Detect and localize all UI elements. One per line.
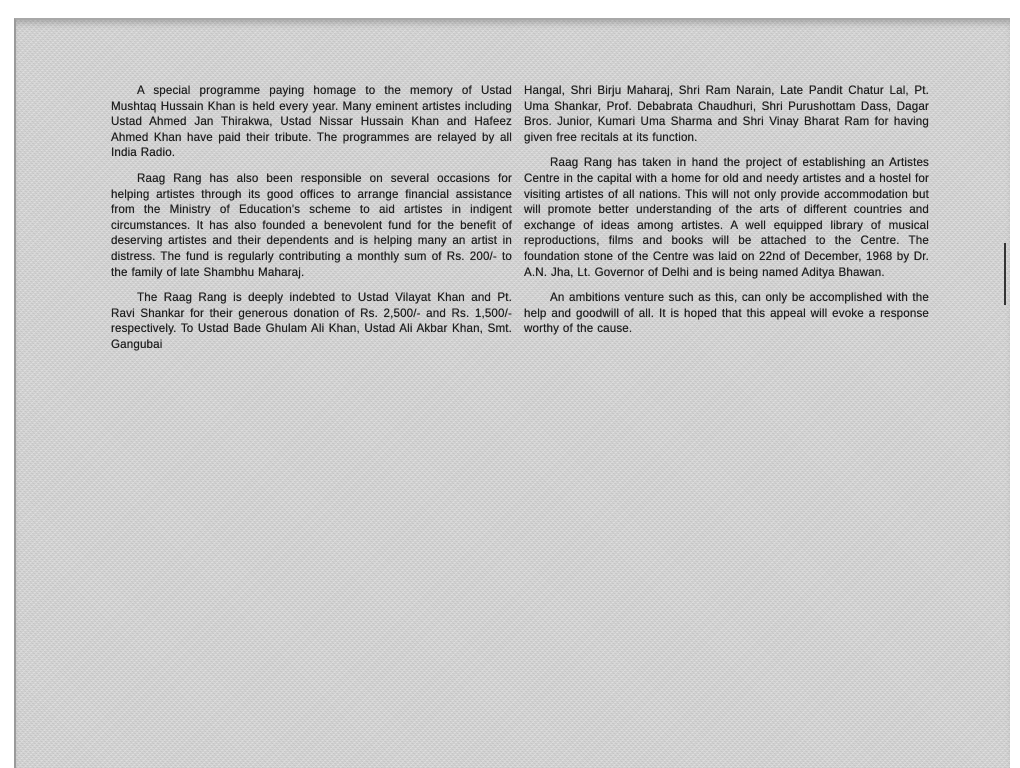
paragraph-homage-programme: A special programme paying homage to the… bbox=[111, 83, 512, 161]
paragraph-artistes-centre: Raag Rang has taken in hand the project … bbox=[524, 155, 929, 280]
paragraph-free-recitals: Hangal, Shri Birju Maharaj, Shri Ram Nar… bbox=[524, 83, 929, 145]
paragraph-donations: The Raag Rang is deeply indebted to Usta… bbox=[111, 290, 512, 352]
paragraph-benevolent-fund: Raag Rang has also been responsible on s… bbox=[111, 171, 512, 280]
paragraph-appeal: An ambitions venture such as this, can o… bbox=[524, 290, 929, 337]
right-column: Hangal, Shri Birju Maharaj, Shri Ram Nar… bbox=[524, 83, 929, 347]
page-edge-mark bbox=[1004, 243, 1006, 305]
left-column: A special programme paying homage to the… bbox=[111, 83, 512, 363]
